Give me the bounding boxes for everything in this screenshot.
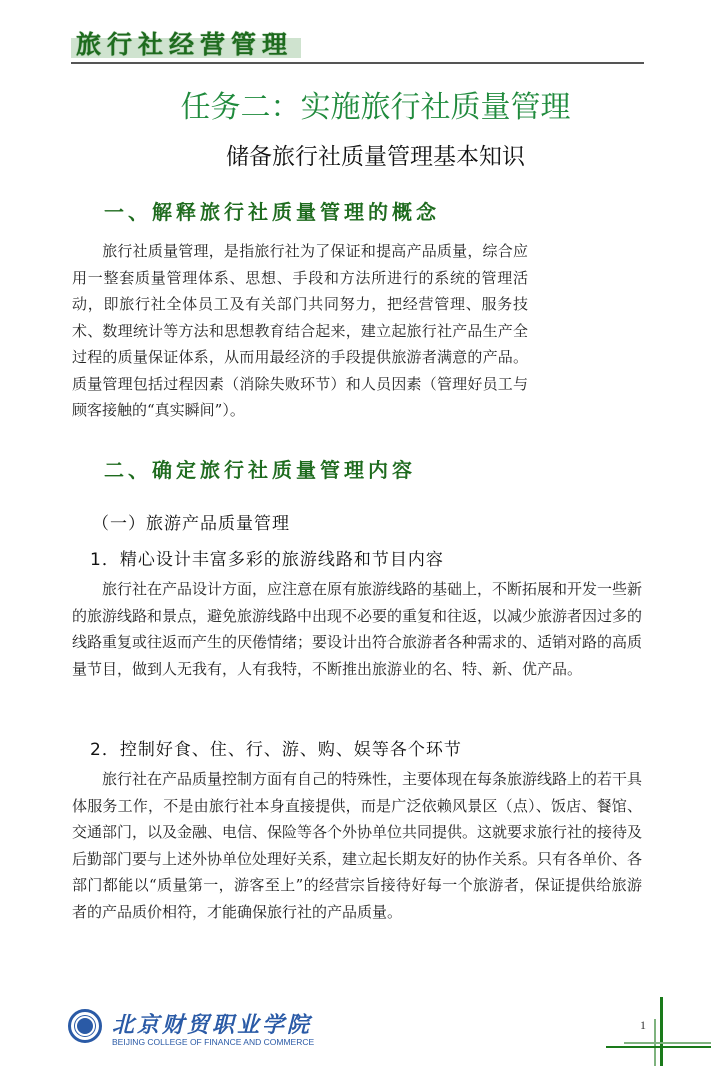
course-title: 旅行社经营管理 (76, 25, 293, 61)
paragraph-text: 旅行社质量管理，是指旅行社为了保证和提高产品质量，综合应用一整套质量管理体系、思… (72, 242, 528, 419)
corner-mark-horizontal-light (624, 1042, 711, 1044)
task-title: 任务二：实施旅行社质量管理 (0, 82, 711, 126)
item-2-paragraph: 旅行社在产品质量控制方面有自己的特殊性，主要体现在每条旅游线路上的若干具体服务工… (72, 766, 642, 925)
item-heading-1: 1．精心设计丰富多彩的旅游线路和节目内容 (90, 545, 444, 570)
college-name-cn: 北京财贸职业学院 (112, 1008, 312, 1039)
paragraph-text: 旅行社在产品设计方面，应注意在原有旅游线路的基础上，不断拓展和开发一些新的旅游线… (72, 580, 642, 678)
corner-mark-vertical-dark (660, 997, 663, 1066)
college-name-en: BEIJING COLLEGE OF FINANCE AND COMMERCE (112, 1037, 314, 1047)
section-1-paragraph: 旅行社质量管理，是指旅行社为了保证和提高产品质量，综合应用一整套质量管理体系、思… (72, 238, 528, 424)
subsection-heading: （一）旅游产品质量管理 (92, 509, 290, 534)
header-divider (71, 62, 644, 64)
item-1-paragraph: 旅行社在产品设计方面，应注意在原有旅游线路的基础上，不断拓展和开发一些新的旅游线… (72, 576, 642, 682)
section-heading-2: 二、确定旅行社质量管理内容 (104, 454, 416, 483)
corner-mark-horizontal-dark (606, 1046, 711, 1048)
college-seal-icon (68, 1009, 102, 1043)
subtitle: 储备旅行社质量管理基本知识 (0, 138, 711, 171)
item-heading-2: 2．控制好食、住、行、游、购、娱等各个环节 (90, 735, 462, 760)
section-heading-1: 一、解释旅行社质量管理的概念 (104, 196, 440, 225)
paragraph-text: 旅行社在产品质量控制方面有自己的特殊性，主要体现在每条旅游线路上的若干具体服务工… (72, 770, 642, 921)
page-number: 1 (640, 1018, 646, 1033)
